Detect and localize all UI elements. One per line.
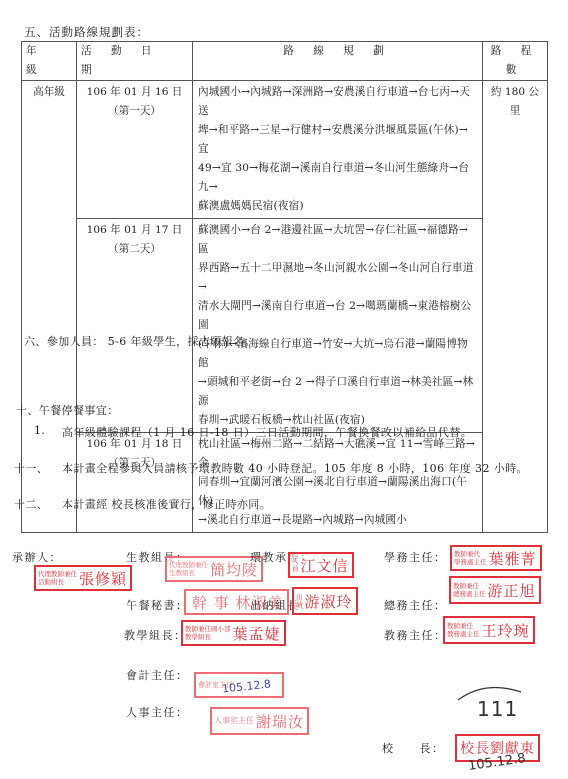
env-ed-stamp: 人員 江文信 xyxy=(288,552,354,578)
stamp-title: 活動組長 xyxy=(38,578,77,586)
stamp-title: 教師兼任 xyxy=(447,622,480,630)
academic-affairs-stamp: 教師兼任教務處主任 王玲琬 xyxy=(443,616,535,644)
header-route: 路 線 規 劃 xyxy=(193,42,483,81)
stamp-title: 人事室主任 xyxy=(214,717,254,725)
route-line: →頭城和平老街→台 2 →得子口溪自行車道→林美社區→林源 xyxy=(198,373,478,411)
day-label: （第一天） xyxy=(81,102,188,121)
date-cell: 106 年 01 月 18 日 （第三天） xyxy=(77,433,193,533)
section-6-participants: 六、參加人員： 5-6 年級學生，採志願報名。 xyxy=(24,333,256,349)
general-affairs-label: 總務主任： xyxy=(384,597,447,613)
personnel-label: 人事主任： xyxy=(126,704,189,720)
route-line: 蘇澳盧媽媽民宿(夜宿) xyxy=(198,197,478,216)
route-line: 蘇澳國小→台 2→港邊社區→大坑罟→存仁社區→福德路→區 xyxy=(198,221,478,259)
header-date: 活 動 日 期 xyxy=(77,42,193,81)
route-line: 49→宜 30→梅花湖→溪南自行車道→冬山河生態綠舟→台九→ xyxy=(198,159,478,197)
stamp-title: 出 xyxy=(296,593,303,601)
header-distance: 路 程 數 xyxy=(483,42,548,81)
route-line: 界西路→五十二甲濕地→冬山河親水公園→冬山河自行車道→ xyxy=(198,259,478,297)
stamp-title: 代理教師兼任 xyxy=(38,570,77,578)
accounting-label: 會計主任： xyxy=(126,667,189,683)
route-cell: 蘇澳國小→台 2→港邊社區→大坑罟→存仁社區→福德路→區 界西路→五十二甲濕地→… xyxy=(193,219,483,433)
stamp-title: 納 xyxy=(296,601,303,609)
section-10-item-number: 1. xyxy=(34,424,45,437)
section-10-item-text: 高年級體驗課程（1 月 16 日-18 日）三日活動期間，午餐換餐改以補給品代替… xyxy=(62,424,472,440)
organizer-stamp: 代理教師兼任活動組長 張修穎 xyxy=(34,565,132,591)
stamp-title: 代理教師兼任 xyxy=(169,561,208,569)
date-cell: 106 年 01 月 17 日 （第二天） xyxy=(77,219,193,433)
stamp-name: 謝瑞汝 xyxy=(256,711,307,732)
personnel-stamp: 人事室主任 謝瑞汝 xyxy=(210,707,309,735)
stamp-name: 游淑玲 xyxy=(305,591,356,612)
stamp-title: 教師兼任 xyxy=(453,582,486,590)
stamp-title: 教師兼任國小部 xyxy=(185,625,231,633)
academic-affairs-label: 教務主任： xyxy=(384,627,447,643)
date-text: 106 年 01 月 17 日 xyxy=(81,221,188,240)
section-12-text: 本計畫經 校長核准後實行，修正時亦同。 xyxy=(62,496,271,512)
route-cell: 枕山社區→梅州二路→二結路→大礁溪→宜 11→雪峰三路→金 同春圳→宜蘭河濱公園… xyxy=(193,433,483,533)
stamp-title: 教師兼代 xyxy=(454,550,487,558)
route-line: →溪北自行車道→長堤路→內城路→內城國小 xyxy=(198,511,478,530)
cashier-stamp: 出納 游淑玲 xyxy=(292,587,358,615)
stamp-title: 員 xyxy=(292,565,299,573)
stamp-title: 學務處主任 xyxy=(454,558,487,566)
header-grade: 年 級 xyxy=(22,42,77,81)
principal-label: 校 長： xyxy=(382,740,445,756)
route-line: 埤→和平路→三星→行健村→安農溪分洪堰風景區(午休)→宜 xyxy=(198,121,478,159)
route-cell: 內城國小→內城路→深洲路→安農溪自行車道→台七丙→天送 埤→和平路→三星→行健村… xyxy=(193,81,483,219)
lunch-secretary-label: 午餐秘書： xyxy=(126,597,189,613)
section-11-number: 十一、 xyxy=(14,460,48,476)
date-cell: 106 年 01 月 16 日 （第一天） xyxy=(77,81,193,219)
stamp-name: 王玲琬 xyxy=(482,620,533,641)
stamp-name: 葉孟婕 xyxy=(233,623,284,644)
section-11-text: 本計畫全程參與人員請核予環教時數 40 小時登記。105 年度 8 小時，106… xyxy=(62,460,528,476)
teaching-label: 教學組長： xyxy=(124,627,187,643)
stamp-name: 張修穎 xyxy=(79,568,130,589)
section-5-title: 五、活動路線規劃表： xyxy=(24,24,149,40)
section-12-number: 十二、 xyxy=(14,496,48,512)
stamp-title: 人 xyxy=(292,557,299,565)
stamp-name: 葉雅菁 xyxy=(489,548,540,569)
table-row: 106 年 01 月 18 日 （第三天） 枕山社區→梅州二路→二結路→大礁溪→… xyxy=(22,433,548,533)
date-text: 106 年 01 月 16 日 xyxy=(81,83,188,102)
stamp-title: 總務處主任 xyxy=(453,590,486,598)
stamp-title: 教務處主任 xyxy=(447,630,480,638)
section-10-title: 十、午餐停餐事宜： xyxy=(16,402,119,418)
stamp-title: 教學組長 xyxy=(185,633,231,641)
table-row: 106 年 01 月 17 日 （第二天） 蘇澳國小→台 2→港邊社區→大坑罟→… xyxy=(22,219,548,433)
general-affairs-stamp: 教師兼任總務處主任 游正旭 xyxy=(449,576,541,604)
student-affairs-stamp: 教師兼代學務處主任 葉雅菁 xyxy=(450,545,542,571)
principal-handwritten-mark: 111 xyxy=(477,697,518,721)
route-line: 清水大閘門→溪南自行車道→台 2→噶瑪蘭橋→東港榕樹公園 xyxy=(198,297,478,335)
table-header-row: 年 級 活 動 日 期 路 線 規 劃 路 程 數 xyxy=(22,42,548,81)
stamp-name: 游正旭 xyxy=(488,580,539,601)
day-label: （第二天） xyxy=(81,240,188,259)
stamp-name: 江文信 xyxy=(301,555,352,576)
life-ed-stamp: 代理教師兼任生教組長 簡均陵 xyxy=(165,556,263,582)
table-row: 高年級 106 年 01 月 16 日 （第一天） 內城國小→內城路→深洲路→安… xyxy=(22,81,548,219)
route-line: 內城國小→內城路→深洲路→安農溪自行車道→台七丙→天送 xyxy=(198,83,478,121)
organizer-label: 承辦人： xyxy=(12,549,62,565)
teaching-stamp: 教師兼任國小部教學組長 葉孟婕 xyxy=(181,620,286,646)
student-affairs-label: 學務主任： xyxy=(384,549,447,565)
stamp-title: 生教組長 xyxy=(169,569,208,577)
